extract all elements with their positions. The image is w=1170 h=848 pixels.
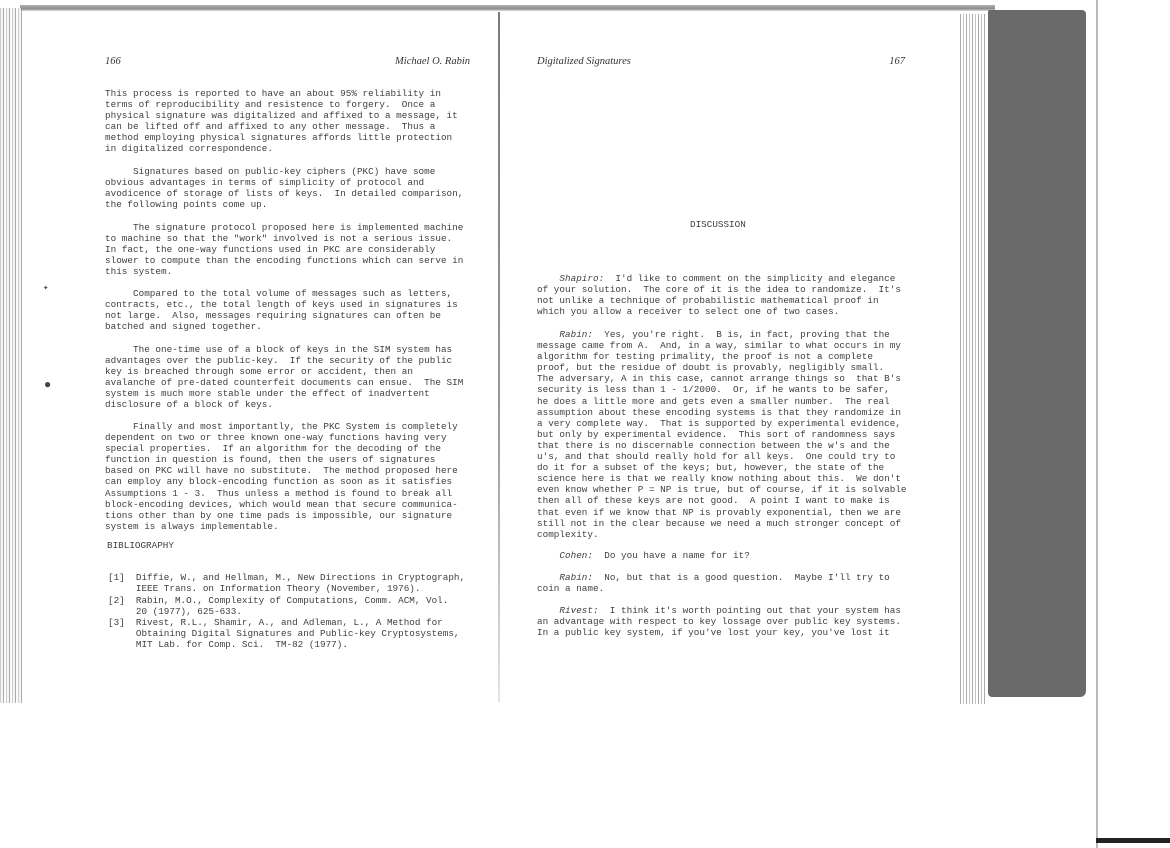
- scan-outer-edge: [1096, 0, 1098, 848]
- scan-dark-band: [988, 10, 1086, 697]
- speaker-name: Rabin:: [559, 329, 593, 340]
- running-head-author: Michael O. Rabin: [395, 56, 470, 67]
- paragraph: Finally and most importantly, the PKC Sy…: [105, 421, 475, 532]
- bibliography-entry: [3] Rivest, R.L., Shamir, A., and Adlema…: [108, 617, 478, 650]
- speaker-name: Shapiro:: [559, 273, 604, 284]
- paragraph: The one-time use of a block of keys in t…: [105, 344, 475, 411]
- page-number: 167: [889, 56, 905, 67]
- paragraph: The signature protocol proposed here is …: [105, 222, 475, 277]
- bibliography-entry: [1] Diffie, W., and Hellman, M., New Dir…: [108, 572, 478, 594]
- speaker-name: Rivest:: [559, 605, 598, 616]
- stray-mark: ✦: [43, 283, 48, 293]
- discussion-exchange: Rabin: Yes, you're right. B is, in fact,…: [537, 329, 907, 540]
- discussion-exchange: Rabin: No, but that is a good question. …: [537, 572, 907, 594]
- scan-page-edges: [958, 14, 986, 704]
- section-heading: DISCUSSION: [690, 219, 746, 230]
- speech-text: Yes, you're right. B is, in fact, provin…: [537, 329, 907, 540]
- running-head-title: Digitalized Signatures: [537, 56, 631, 67]
- bibliography-heading: BIBLIOGRAPHY: [107, 540, 174, 551]
- scan-left-edge: [0, 8, 22, 703]
- scan-bottom-edge: [1096, 838, 1170, 843]
- discussion-exchange: Cohen: Do you have a name for it?: [537, 550, 907, 561]
- speaker-name: Cohen:: [559, 550, 593, 561]
- paragraph: Signatures based on public-key ciphers (…: [105, 166, 475, 210]
- scan-top-edge: [20, 5, 995, 11]
- book-gutter: [498, 12, 500, 702]
- stray-mark: ●: [44, 378, 51, 392]
- discussion-exchange: Rivest: I think it's worth pointing out …: [537, 605, 907, 638]
- speaker-name: Rabin:: [559, 572, 593, 583]
- discussion-exchange: Shapiro: I'd like to comment on the simp…: [537, 273, 907, 317]
- speech-text: Do you have a name for it?: [593, 550, 750, 561]
- paragraph: This process is reported to have an abou…: [105, 88, 475, 155]
- paragraph: Compared to the total volume of messages…: [105, 288, 475, 332]
- bibliography-entry: [2] Rabin, M.O., Complexity of Computati…: [108, 595, 478, 617]
- page-number: 166: [105, 56, 121, 67]
